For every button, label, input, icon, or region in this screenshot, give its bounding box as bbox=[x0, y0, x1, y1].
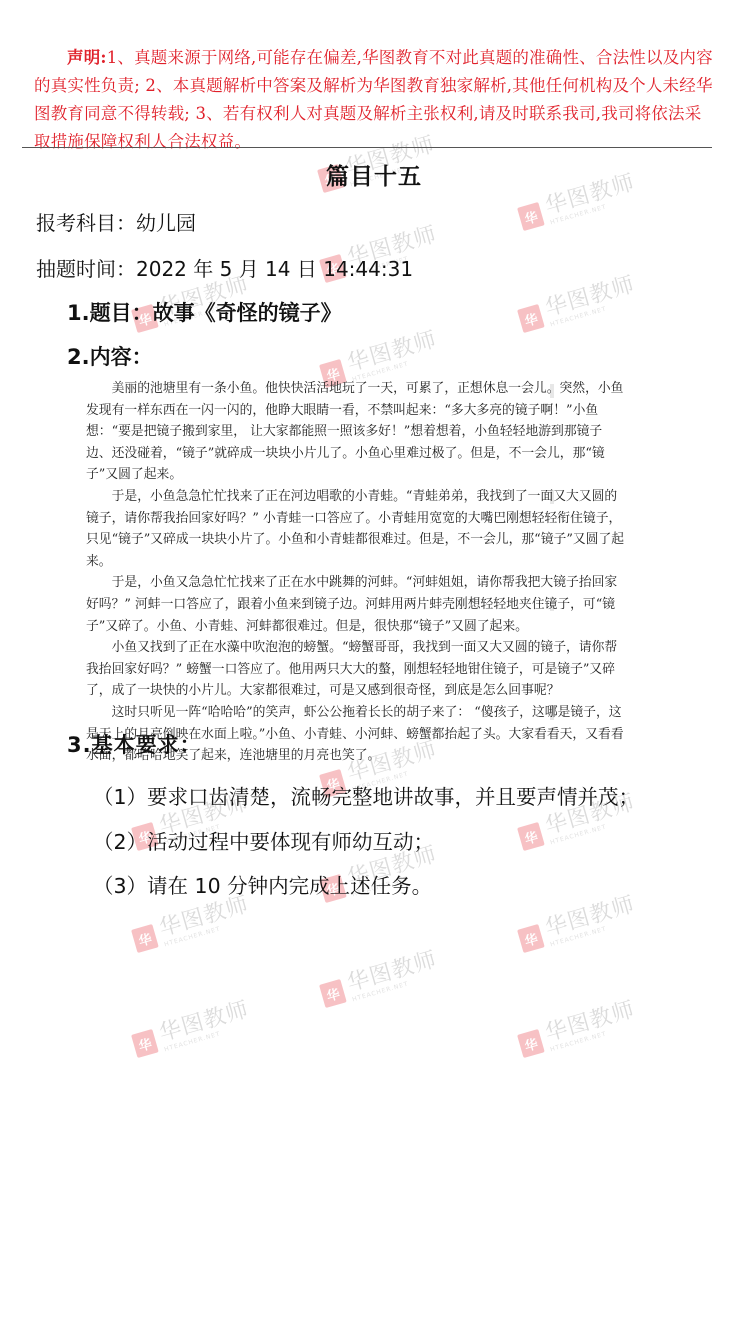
watermark-logo-icon: 华 bbox=[131, 924, 159, 953]
watermark: 华 华图教师HTEACHER.NET bbox=[130, 894, 254, 956]
exam-subject: 报考科目：幼儿园 bbox=[36, 207, 196, 236]
story-paragraph: 小鱼又找到了正在水藻中吹泡泡的螃蟹。“螃蟹哥哥，我找到一面又大又圆的镜子，请你帮… bbox=[86, 637, 626, 702]
watermark: 华 华图教师HTEACHER.NET bbox=[516, 274, 640, 336]
watermark-logo-icon: 华 bbox=[131, 1029, 159, 1058]
requirement-item: （3）请在 10 分钟内完成上述任务。 bbox=[93, 869, 432, 899]
watermark: 华 华图教师HTEACHER.NET bbox=[130, 999, 254, 1061]
story-text: 美丽的池塘里有一条小鱼。他快快活活地玩了一天，可累了，正想休息一会儿。突然，小鱼… bbox=[86, 378, 626, 767]
requirements-heading: 3.基本要求： bbox=[67, 729, 202, 759]
watermark: 华 华图教师HTEACHER.NET bbox=[516, 999, 640, 1061]
watermark-logo-icon: 华 bbox=[517, 202, 545, 231]
content-heading: 2.内容： bbox=[67, 341, 153, 371]
topic-heading: 1.题目：故事《奇怪的镜子》 bbox=[67, 297, 342, 327]
draw-time: 抽题时间：2022 年 5 月 14 日 14:44:31 bbox=[36, 253, 413, 282]
watermark-logo-icon: 华 bbox=[517, 924, 545, 953]
divider bbox=[22, 147, 712, 148]
page-title: 篇目十五 bbox=[0, 158, 748, 191]
disclaimer-text: 1、真题来源于网络,可能存在偏差,华图教育不对此真题的准确性、合法性以及内容的真… bbox=[34, 48, 713, 151]
story-paragraph: 美丽的池塘里有一条小鱼。他快快活活地玩了一天，可累了，正想休息一会儿。突然，小鱼… bbox=[86, 378, 626, 486]
disclaimer: 声明:1、真题来源于网络,可能存在偏差,华图教育不对此真题的准确性、合法性以及内… bbox=[34, 44, 714, 156]
disclaimer-lead: 声明: bbox=[67, 48, 107, 67]
watermark: 华 华图教师HTEACHER.NET bbox=[318, 949, 442, 1011]
requirement-item: （2）活动过程中要体现有师幼互动； bbox=[93, 825, 434, 855]
watermark-logo-icon: 华 bbox=[319, 979, 347, 1008]
watermark-logo-icon: 华 bbox=[517, 1029, 545, 1058]
watermark: 华 华图教师HTEACHER.NET bbox=[516, 894, 640, 956]
requirement-item: （1）要求口齿清楚，流畅完整地讲故事，并且要声情并茂； bbox=[93, 780, 639, 810]
watermark-logo-icon: 华 bbox=[517, 822, 545, 851]
story-paragraph: 于是，小鱼急急忙忙找来了正在河边唱歌的小青蛙。“青蛙弟弟，我找到了一面又大又圆的… bbox=[86, 486, 626, 572]
watermark-logo-icon: 华 bbox=[517, 304, 545, 333]
story-paragraph: 于是，小鱼又急急忙忙找来了正在水中跳舞的河蚌。“河蚌姐姐，请你帮我把大镜子抬回家… bbox=[86, 572, 626, 637]
